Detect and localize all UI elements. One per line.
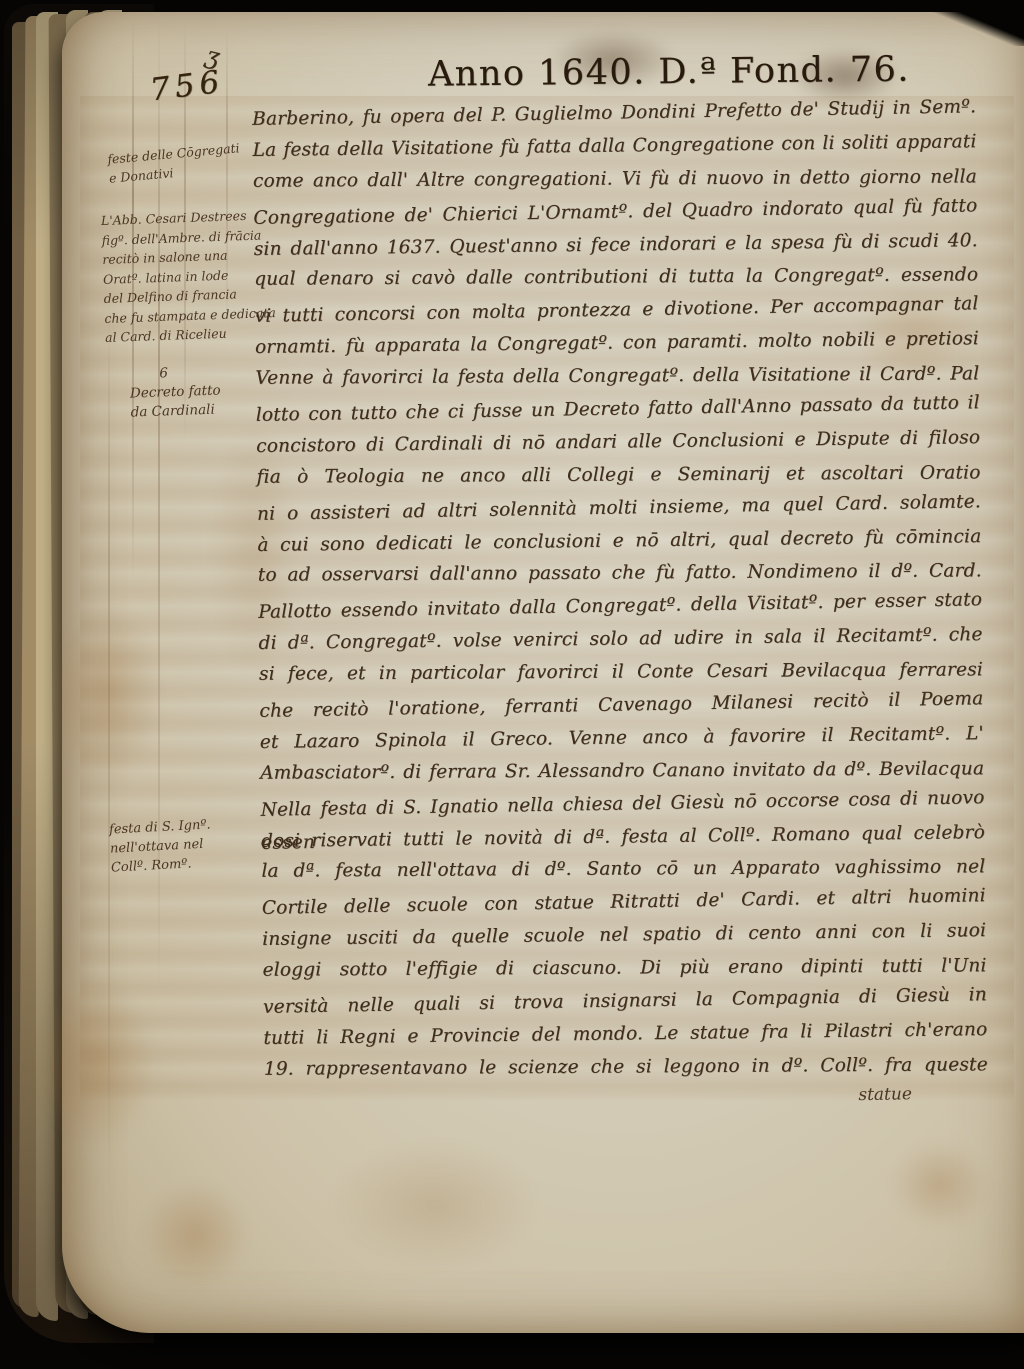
margin-note-line: da Cardinali — [130, 400, 221, 422]
manuscript-body-text: Barberino, fu opera del P. Guglielmo Don… — [252, 93, 988, 1088]
manuscript-photo: Anno 1640. D.ª Fond. 76. ʒ 756 feste del… — [0, 0, 1024, 1369]
page-header-year-title: Anno 1640. D.ª Fond. 76. — [428, 49, 928, 94]
manuscript-text-line: 19. rappresentavano le scienze che si le… — [264, 1049, 988, 1086]
margin-note-abbot-oration: L'Abb. Cesari Destreesfigº. dell'Ambre. … — [101, 205, 277, 347]
margin-note-cardinals-decree: 6Decreto fattoda Cardinali — [129, 362, 222, 422]
margin-note-st-ignatius-feast: festa di S. Ignº.nell'ottava nelCollº. R… — [109, 815, 214, 877]
